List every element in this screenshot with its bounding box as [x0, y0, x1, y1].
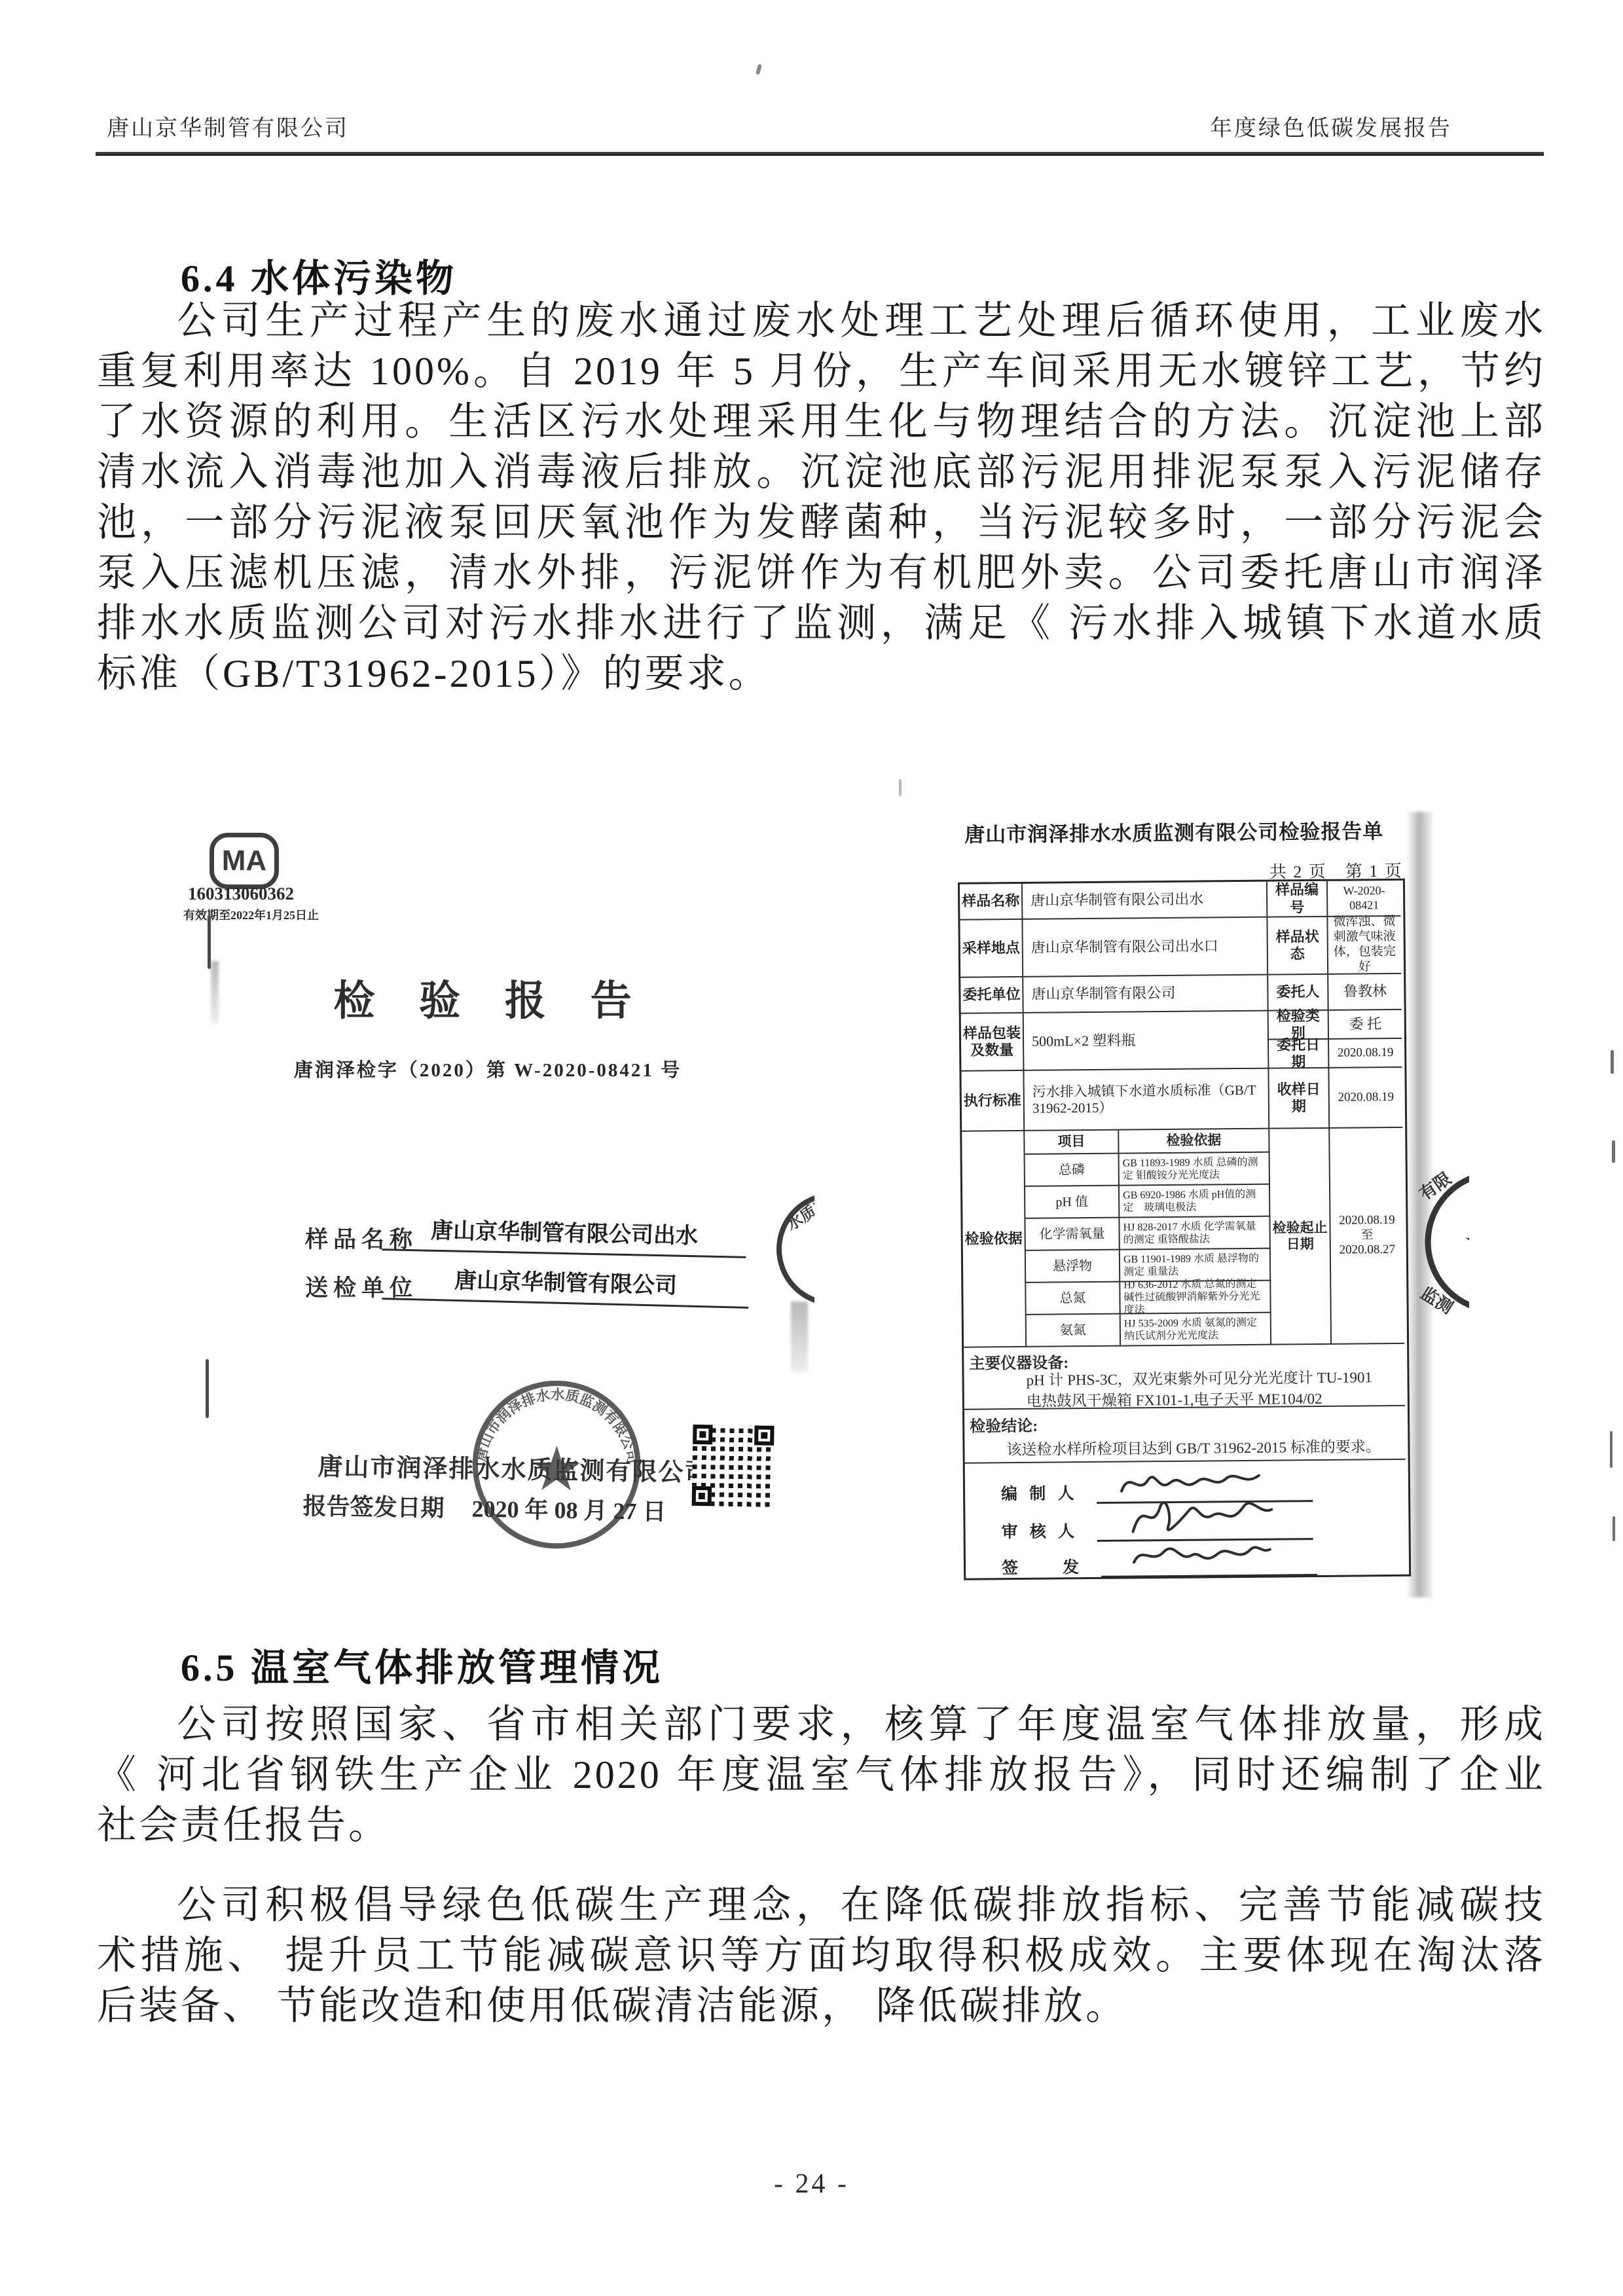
issuer-label: 签 发 [1002, 1554, 1083, 1578]
basis-method: GB 6920-1986 水质 pH值的测定 玻璃电极法 [1120, 1185, 1270, 1218]
form-sampling-site-value: 唐山京华制管有限公司出水口 [1023, 918, 1268, 977]
conclusion-label: 检验结论: [970, 1413, 1038, 1436]
paragraph-line: 公司按照国家、省市相关部门要求，核算了年度温室气体排放量，形成 [97, 1700, 1546, 1750]
client-value: 唐山京华制管有限公司 [382, 1260, 749, 1309]
form-consign-date-value: 2020.08.19 [1329, 1039, 1402, 1068]
qr-finder-icon [692, 1486, 712, 1506]
paragraph-line: 后装备、 节能改造和使用低碳清洁能源， 降低碳排放。 [97, 1981, 1546, 2032]
stamp-fragment-top: 有限 [1416, 1169, 1455, 1204]
header-company: 唐山京华制管有限公司 [107, 110, 349, 142]
cover-title: 检 验 报 告 [291, 968, 691, 1027]
cma-logo: MA [210, 833, 279, 889]
qr-finder-icon [754, 1425, 774, 1445]
basis-item: 悬浮物 [1026, 1250, 1120, 1283]
cma-logo-text: MA [222, 845, 266, 877]
section-65-title: 6.5 温室气体排放管理情况 [181, 1637, 663, 1692]
paragraph-line: 池，一部分污泥液泵回厌氧池作为发酵菌种，当污泥较多时，一部分污泥会 [97, 498, 1546, 548]
form-sample-no-label: 样品编号 [1267, 881, 1328, 918]
scan-edge-mark [1612, 1140, 1615, 1163]
basis-item: 氨氮 [1027, 1315, 1121, 1347]
form-receive-date-label: 收样日期 [1269, 1068, 1330, 1129]
basis-method: GB 11893-1989 水质 总磷的测定 钼酸铵分光光度法 [1120, 1153, 1270, 1186]
scan-artifact-smudge [211, 961, 219, 1024]
signature-issuer-icon [1126, 1535, 1277, 1576]
form-inspection-type-value: 委 托 [1329, 1010, 1402, 1040]
form-client-value: 唐山京华制管有限公司 [1023, 975, 1268, 1013]
form-sample-name-label: 样品名称 [960, 884, 1023, 920]
issuer-signature-line [1101, 1548, 1317, 1578]
stamp-star-icon: ★ [1462, 1213, 1469, 1277]
paragraph-line: 排水水质监测公司对污水排水进行了监测，满足《 污水排入城镇下水道水质 [97, 598, 1546, 649]
scan-artifact-tick [206, 1359, 209, 1418]
form-standard-label: 执行标准 [961, 1071, 1025, 1132]
report-form-scan: 唐山市润泽排水水质监测有限公司检验报告单 共 2 页 第 1 页 样品名称 唐山… [941, 809, 1413, 1605]
form-sample-no-value: W-2020-08421 [1328, 881, 1400, 917]
cover-footer-block: 唐山市润泽排水水质监测有限公司 报告签发日期 2020 年 08 月 27 日 … [278, 1362, 812, 1613]
stamp-arc-icon: ★ 有限 监测 [1393, 1160, 1469, 1324]
paragraph-line: 社会责任报告。 [97, 1800, 1546, 1851]
form-table: 样品名称 唐山京华制管有限公司出水 样品编号 W-2020-08421 采样地点… [958, 879, 1411, 1580]
basis-method: HJ 636-2012 水质 总氮的测定 碱性过硫酸钾消解紫外分光光度法 [1120, 1281, 1271, 1315]
stamp-arc-icon: 水质监 [758, 1193, 814, 1305]
edge-stamp-right: ★ 有限 监测 [1393, 1160, 1469, 1324]
report-page: 唐山京华制管有限公司 年度绿色低碳发展报告 6.4 水体污染物 公司生产过程产生… [0, 0, 1623, 2296]
basis-item: 总磷 [1025, 1154, 1120, 1187]
reviewer-label: 审 核 人 [1001, 1518, 1078, 1542]
client-field: 唐山京华制管有限公司 [382, 1260, 749, 1309]
basis-method: HJ 828-2017 水质 化学需氧量的测定 重铬酸盐法 [1120, 1217, 1270, 1250]
paragraph-line: 标准（GB/T31962-2015）》的要求。 [97, 649, 1546, 699]
section-64-paragraph: 公司生产过程产生的废水通过废水处理工艺处理后循环使用，工业废水 重复利用率达 1… [97, 296, 1546, 699]
qr-code [692, 1425, 775, 1507]
paragraph-line: 术措施、 提升员工节能减碳意识等方面均取得积极成效。主要体现在淘汰落 [97, 1931, 1546, 1981]
section-64-title: 6.4 水体污染物 [181, 247, 457, 302]
section-65-paragraph-1: 公司按照国家、省市相关部门要求，核算了年度温室气体排放量，形成 《 河北省钢铁生… [97, 1700, 1546, 1851]
form-sampling-site-label: 采样地点 [960, 920, 1023, 978]
signature-row-issuer: 签 发 [1002, 1548, 1317, 1578]
form-standard-value: 污水排入城镇下水道水质标准（GB/T 31962-2015） [1024, 1069, 1269, 1131]
edge-stamp-left: 水质监 [758, 1193, 814, 1305]
issue-date-label: 报告签发日期 [302, 1488, 445, 1523]
paragraph-line: 公司生产过程产生的废水通过废水处理工艺处理后循环使用，工业废水 [97, 296, 1546, 346]
scan-edge-mark [1610, 1431, 1613, 1468]
paragraph-line: 泵入压滤机压滤，清水外排，污泥饼作为有机肥外卖。公司委托唐山市润泽 [97, 548, 1546, 598]
paragraph-line: 重复利用率达 100%。自 2019 年 5 月份，生产车间采用无水镀锌工艺，节… [97, 346, 1546, 397]
header-rule [96, 152, 1544, 156]
basis-item-header: 项目 [1025, 1131, 1119, 1155]
basis-item: 总氮 [1026, 1283, 1120, 1315]
form-basis-label: 检验依据 [962, 1131, 1027, 1348]
form-duration-label: 检验起止 日期 [1269, 1129, 1332, 1345]
form-consignor-label: 委托人 [1268, 975, 1328, 1011]
basis-item: 化学需氧量 [1025, 1218, 1120, 1251]
scan-artifact-smudge [791, 1302, 808, 1372]
scan-edge-mark [1613, 1516, 1615, 1541]
form-title: 唐山市润泽排水水质监测有限公司检验报告单 [948, 814, 1400, 848]
scan-edge-mark [1611, 1050, 1614, 1074]
form-receive-date-value: 2020.08.19 [1329, 1068, 1402, 1129]
form-package-label: 样品包装及数量 [961, 1013, 1025, 1072]
cma-validity: 有效期至2022年1月25日止 [183, 906, 299, 923]
form-sample-state-value: 微浑浊、微刺激气味液体，包装完好 [1328, 917, 1401, 975]
paragraph-line: 《 河北省钢铁生产企业 2020 年度温室气体排放报告》，同时还编制了企业 [97, 1750, 1546, 1800]
form-sample-name-value: 唐山京华制管有限公司出水 [1023, 882, 1267, 920]
paragraph-line: 了水资源的利用。生活区污水处理采用生化与物理结合的方法。沉淀池上部 [97, 397, 1546, 447]
paragraph-line: 清水流入消毒池加入消毒液后排放。沉淀池底部污泥用排泥泵泵入污泥储存 [97, 447, 1546, 498]
sample-name-field: 唐山京华制管有限公司出水 [382, 1211, 746, 1258]
cma-code: 160313060362 [185, 884, 297, 904]
sample-name-value: 唐山京华制管有限公司出水 [382, 1211, 746, 1258]
preparer-label: 编 制 人 [1001, 1480, 1078, 1504]
basis-item: pH 值 [1025, 1186, 1120, 1219]
page-number: - 24 - [0, 2168, 1623, 2200]
basis-method: HJ 535-2009 水质 氨氮的测定 纳氏试剂分光光度法 [1121, 1313, 1271, 1347]
company-stamp-icon: 唐山市润泽排水水质监测有限公司 ★ [462, 1370, 651, 1559]
scan-speck [756, 64, 762, 75]
section-65-paragraph-2: 公司积极倡导绿色低碳生产理念，在降低碳排放指标、完善节能减碳技 术措施、 提升员… [97, 1880, 1546, 2032]
stamp-fragment-bottom: 监测 [1417, 1283, 1456, 1317]
scan-speck [899, 779, 902, 796]
stamp-star-icon: ★ [528, 1436, 585, 1504]
cover-report-number: 唐润泽检字（2020）第 W-2020-08421 号 [272, 1055, 704, 1082]
paragraph-line: 公司积极倡导绿色低碳生产理念，在降低碳排放指标、完善节能减碳技 [97, 1880, 1546, 1931]
form-consignor-value: 鲁教林 [1328, 974, 1401, 1011]
form-sample-state-label: 样品状态 [1267, 917, 1328, 975]
form-consign-date-label: 委托日期 [1269, 1040, 1329, 1069]
basis-basis-header: 检验依据 [1119, 1129, 1269, 1154]
signature-reviewer-icon [1126, 1491, 1277, 1540]
qr-finder-icon [693, 1425, 712, 1444]
conclusion-text: 该送检水样所检项目达到 GB/T 31962-2015 标准的要求。 [1006, 1434, 1381, 1459]
form-client-label: 委托单位 [960, 977, 1023, 1014]
form-package-value: 500mL×2 塑料瓶 [1024, 1011, 1269, 1071]
header-report-title: 年度绿色低碳发展报告 [1210, 110, 1452, 142]
